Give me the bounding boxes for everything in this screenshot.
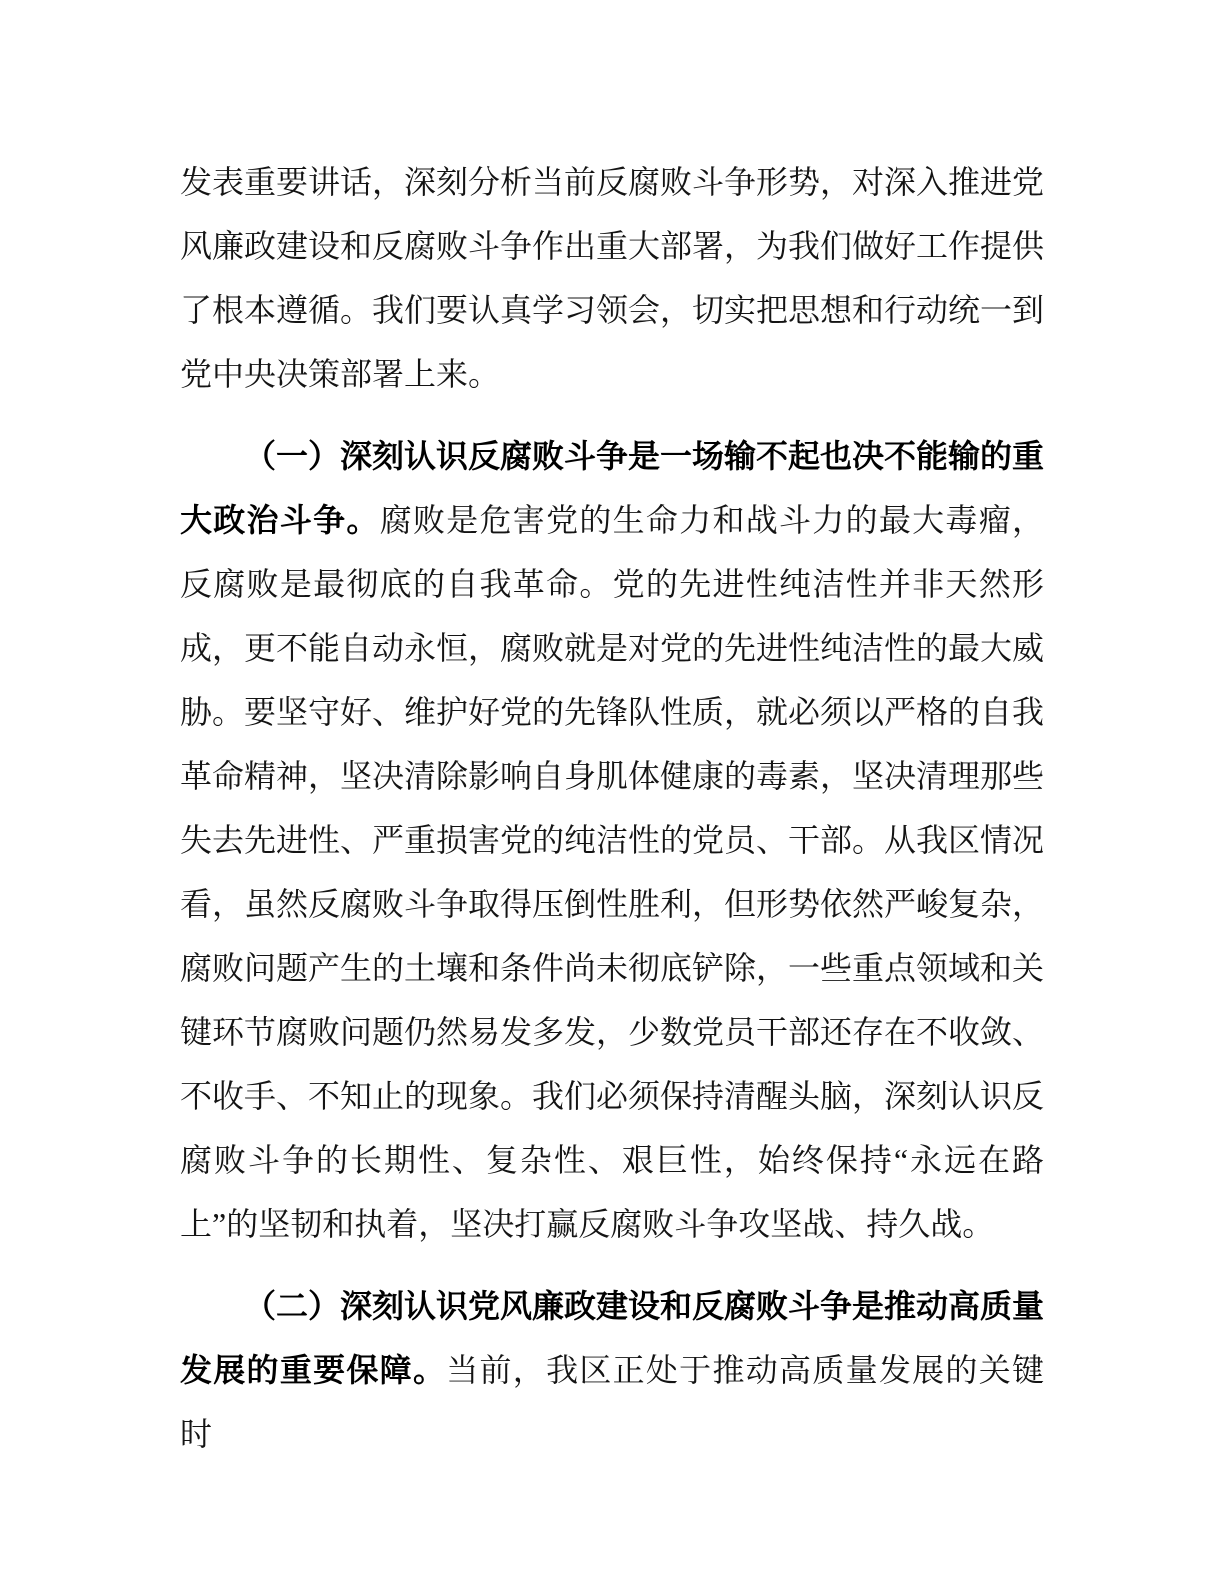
paragraph-continuation-text: 发表重要讲话，深刻分析当前反腐败斗争形势，对深入推进党风廉政建设和反腐败斗争作出… [180, 164, 1044, 392]
paragraph-section-1: （一）深刻认识反腐败斗争是一场输不起也决不能输的重大政治斗争。腐败是危害党的生命… [180, 424, 1044, 1256]
paragraph-section-2: （二）深刻认识党风廉政建设和反腐败斗争是推动高质量发展的重要保障。当前，我区正处… [180, 1274, 1044, 1466]
document-page: 发表重要讲话，深刻分析当前反腐败斗争形势，对深入推进党风廉政建设和反腐败斗争作出… [0, 0, 1224, 1584]
paragraph-continuation: 发表重要讲话，深刻分析当前反腐败斗争形势，对深入推进党风廉政建设和反腐败斗争作出… [180, 150, 1044, 406]
section-1-body-text: 腐败是危害党的生命力和战斗力的最大毒瘤，反腐败是最彻底的自我革命。党的先进性纯洁… [180, 502, 1044, 1242]
